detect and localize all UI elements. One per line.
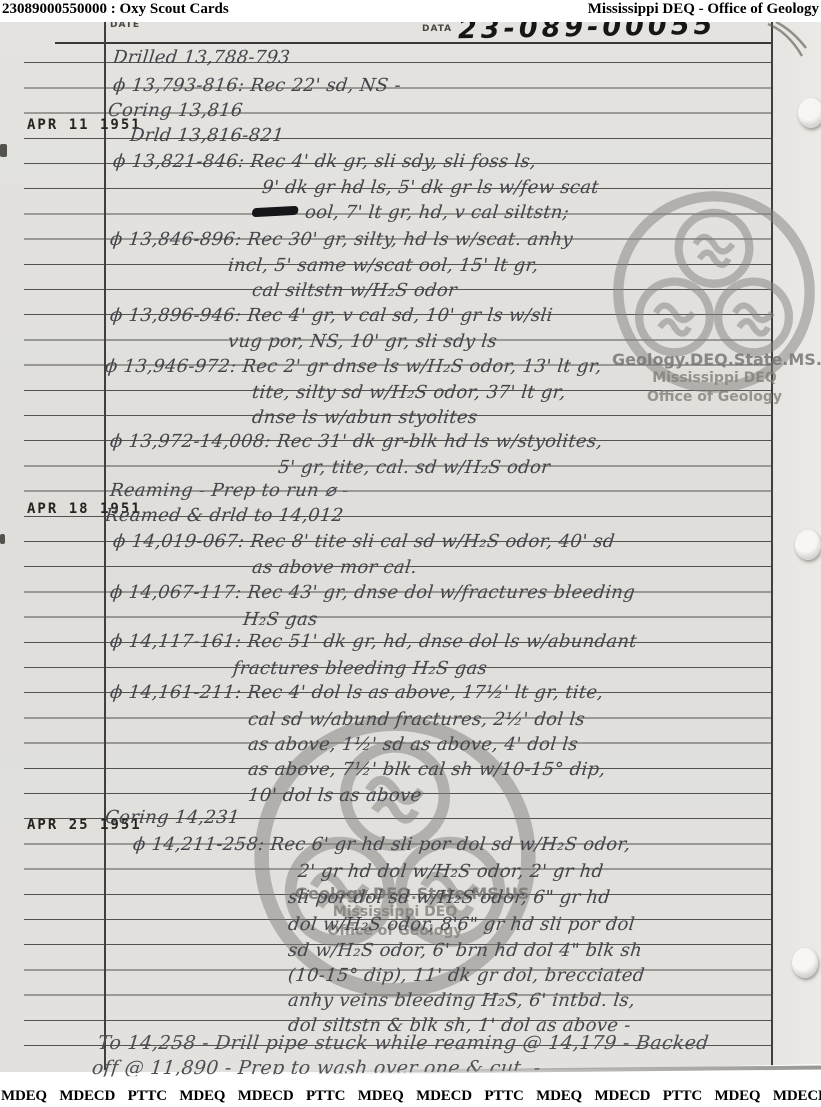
- handwritten-line: ool, 7' lt gr, hd, v cal siltstn;: [251, 201, 571, 225]
- scribbled-out-word: [252, 206, 299, 217]
- date-column-divider: [104, 22, 106, 1070]
- handwritten-line: (10-15° dip), 11' dk gr dol, brecciated: [287, 964, 646, 988]
- handwritten-line: tite, silty sd w/H₂S odor, 37' lt gr,: [251, 381, 567, 405]
- handwritten-line: Reamed & drld to 14,012: [104, 504, 345, 528]
- hole-punch: [798, 98, 821, 128]
- handwritten-line: H₂S gas: [242, 608, 319, 632]
- handwritten-line: ϕ 14,117-161: Rec 51' dk gr, hd, dnse do…: [109, 630, 638, 654]
- handwritten-line: ϕ 13,896-946: Rec 4' gr, v cal sd, 10' g…: [109, 304, 554, 328]
- handwritten-line: Coring 13,816: [107, 99, 244, 123]
- document-id-title: 23089000550000 : Oxy Scout Cards: [2, 1, 229, 18]
- system-header: 23089000550000 : Oxy Scout Cards Mississ…: [0, 0, 821, 22]
- handwritten-line: as above, 1½' sd as above, 4' dol ls: [247, 733, 579, 757]
- handwritten-line: cal siltstn w/H₂S odor: [251, 279, 458, 303]
- handwritten-line: anhy veins bleeding H₂S, 6' intbd. ls,: [287, 989, 637, 1013]
- header-rule: [55, 42, 771, 44]
- handwritten-line: To 14,258 - Drill pipe stuck while reami…: [97, 1031, 710, 1055]
- handwritten-line: 5' gr, tite, cal. sd w/H₂S odor: [277, 456, 552, 480]
- handwritten-line: Drilled 13,788-793: [112, 46, 292, 70]
- handwritten-line: ϕ 13,793-816: Rec 22' sd, NS -: [112, 74, 402, 98]
- handwritten-line: as above, 7½' blk cal sh w/10-15° dip,: [247, 758, 607, 782]
- handwritten-line: incl, 5' same w/scat ool, 15' lt gr,: [227, 254, 540, 278]
- handwritten-line: Coring 14,231: [104, 806, 241, 830]
- handwritten-line: as above mor cal.: [251, 556, 418, 580]
- handwritten-line: sd w/H₂S odor, 6' brn hd dol 4" blk sh: [287, 939, 644, 963]
- handwritten-line: 9' dk gr hd ls, 5' dk gr ls w/few scat: [261, 176, 600, 200]
- handwritten-line: ϕ 13,821-846: Rec 4' dk gr, sli sdy, sli…: [112, 150, 538, 174]
- handwritten-line: ϕ 14,211-258: Rec 6' gr hd sli por dol s…: [132, 833, 632, 857]
- handwritten-line: Drld 13,816-821: [129, 124, 285, 148]
- handwritten-line: 2' gr hd dol w/H₂S odor, 2' gr hd: [297, 860, 605, 884]
- handwritten-line: Reaming - Prep to run ⌀ -: [109, 479, 350, 503]
- footer-repeat-text: MDEQ MDECD PTTC MDEQ MDECD PTTC MDEQ MDE…: [1, 1088, 821, 1105]
- scanned-scout-card-page: 23089000550000 : Oxy Scout Cards Mississ…: [0, 0, 821, 1107]
- hole-punch: [795, 530, 821, 560]
- handwritten-line: vug por, NS, 10' gr, sli sdy ls: [227, 330, 498, 354]
- edge-smudge: [0, 144, 7, 157]
- agency-title: Mississippi DEQ - Office of Geology: [588, 1, 819, 18]
- handwritten-line: ϕ 13,846-896: Rec 30' gr, silty, hd ls w…: [109, 228, 574, 252]
- handwritten-line: ϕ 14,019-067: Rec 8' tite sli cal sd w/H…: [112, 530, 616, 554]
- handwritten-line: dol w/H₂S odor, 8'6" gr hd sli por dol: [287, 913, 636, 937]
- edge-smudge: [0, 534, 5, 544]
- hole-punch: [792, 948, 818, 978]
- handwritten-line: ϕ 13,946-972: Rec 2' gr dnse ls w/H₂S od…: [104, 355, 603, 379]
- handwritten-line: cal sd w/abund fractures, 2½' dol ls: [247, 708, 587, 732]
- handwritten-line: ϕ 14,161-211: Rec 4' dol ls as above, 17…: [109, 681, 605, 705]
- card-paper: DATE DATA 23-089-00055 Geology.DEQ.State…: [0, 20, 821, 1072]
- system-footer: MDEQ MDECD PTTC MDEQ MDECD PTTC MDEQ MDE…: [0, 1083, 821, 1107]
- handwritten-line: dnse ls w/abun styolites: [251, 406, 479, 430]
- handwritten-line: fractures bleeding H₂S gas: [232, 657, 489, 681]
- handwritten-line: sli por dol sd w/H₂S odor, 6" gr hd: [287, 886, 612, 910]
- handwritten-line: ϕ 14,067-117: Rec 43' gr, dnse dol w/fra…: [109, 581, 637, 605]
- corner-curl-mark: [762, 22, 808, 62]
- handwritten-line: 10' dol ls as above: [247, 784, 423, 808]
- right-margin-line: [771, 22, 773, 1070]
- handwritten-line: ϕ 13,972-14,008: Rec 31' dk gr-blk hd ls…: [109, 430, 604, 454]
- data-column-label: DATA: [422, 24, 452, 34]
